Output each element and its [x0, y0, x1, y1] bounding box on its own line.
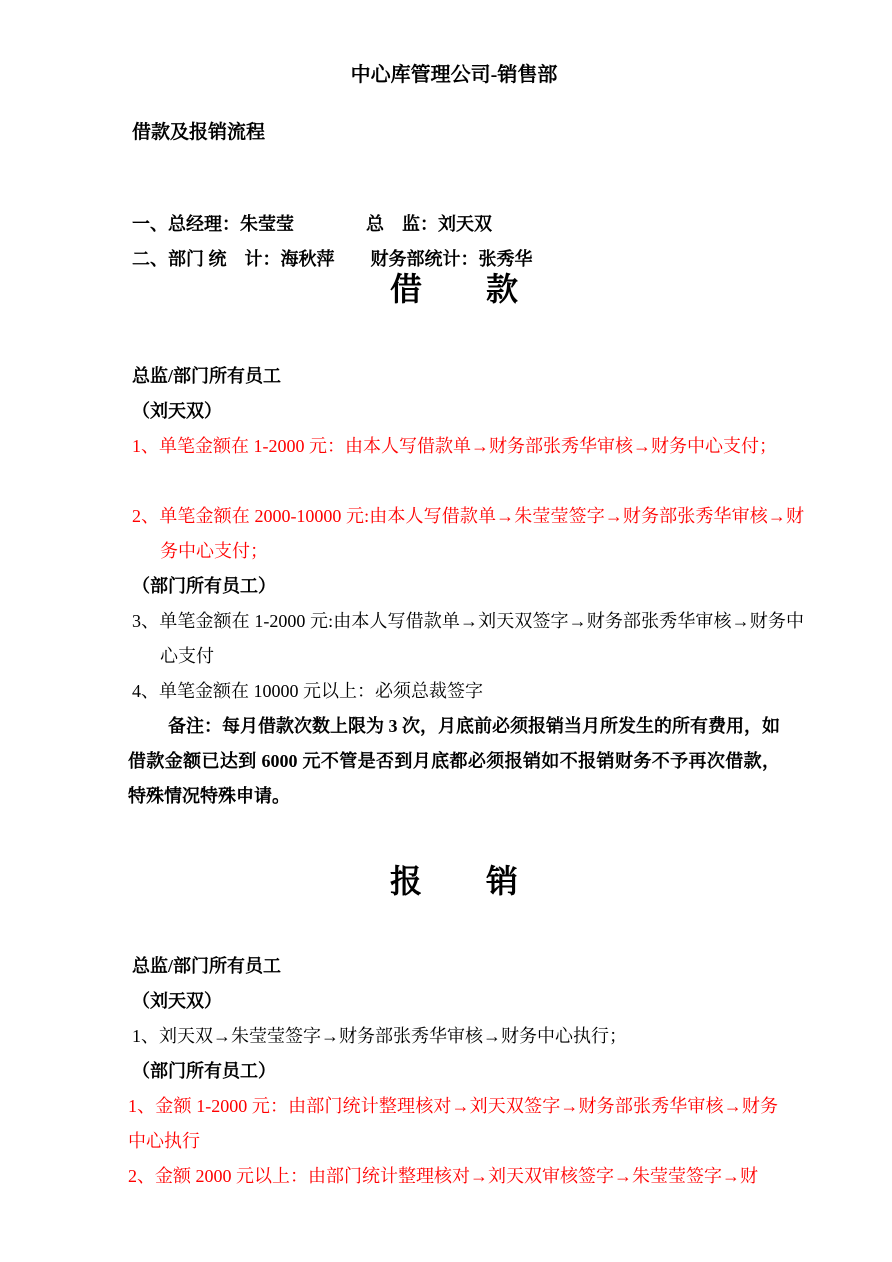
reimburse-group-label: 总监/部门所有员工 [132, 949, 776, 984]
loan-item-4: 4、单笔金额在 10000 元以上：必须总裁签字 [132, 674, 804, 709]
loan-sublabel-director: （刘天双） [132, 394, 776, 429]
loan-item-2: 2、单笔金额在 2000-10000 元:由本人写借款单→朱莹莹签字→财务部张秀… [132, 499, 804, 569]
reimburse-sublabel-staff: （部门所有员工） [132, 1054, 776, 1089]
loan-item-1: 1、单笔金额在 1-2000 元：由本人写借款单→财务部张秀华审核→财务中心支付… [132, 429, 804, 464]
reimburse-sublabel-director: （刘天双） [132, 984, 776, 1019]
loan-section-heading: 借 款 [132, 268, 776, 310]
doc-title: 借款及报销流程 [132, 115, 776, 150]
reimburse-section-heading: 报 销 [132, 860, 776, 902]
reimburse-item-2: 1、金额 1-2000 元：由部门统计整理核对→刘天双签字→财务部张秀华审核→财… [128, 1089, 778, 1159]
loan-note: 备注：每月借款次数上限为 3 次，月底前必须报销当月所发生的所有费用，如借款金额… [128, 709, 780, 814]
reimburse-item-3-truncated: 2、金额 2000 元以上：由部门统计整理核对→刘天双审核签字→朱莹莹签字→财 [128, 1159, 780, 1194]
document-page: 中心库管理公司-销售部 借款及报销流程 一、总经理：朱莹莹 总 监：刘天双 二、… [0, 0, 892, 1262]
reimburse-item-1: 1、刘天双→朱莹莹签字→财务部张秀华审核→财务中心执行； [132, 1019, 776, 1054]
loan-group-label: 总监/部门所有员工 [132, 359, 776, 394]
loan-sublabel-staff: （部门所有员工） [132, 569, 776, 604]
company-title: 中心库管理公司-销售部 [132, 61, 776, 89]
roster-line-general-manager: 一、总经理：朱莹莹 总 监：刘天双 [132, 207, 776, 242]
loan-item-3: 3、单笔金额在 1-2000 元:由本人写借款单→刘天双签字→财务部张秀华审核→… [132, 604, 804, 674]
